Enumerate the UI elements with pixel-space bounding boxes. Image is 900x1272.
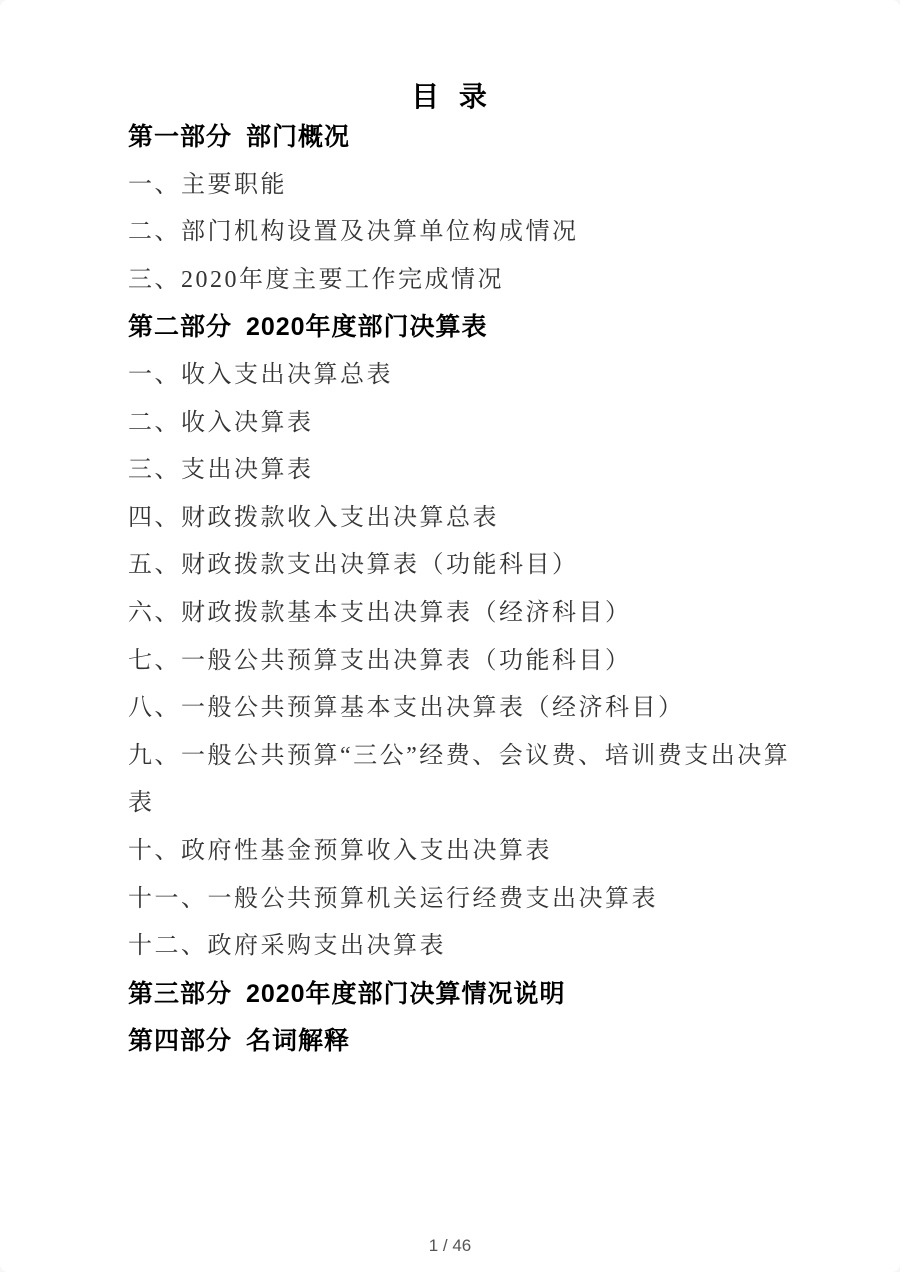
toc-item: 四、财政拨款收入支出决算总表 bbox=[128, 495, 815, 543]
toc-section-heading-3: 第三部分 2020年度部门决算情况说明 bbox=[128, 971, 815, 1019]
toc-section-heading-2: 第二部分 2020年度部门决算表 bbox=[128, 304, 815, 352]
toc-item: 八、一般公共预算基本支出决算表（经济科目） bbox=[128, 685, 815, 733]
toc-item: 十一、一般公共预算机关运行经费支出决算表 bbox=[128, 876, 815, 924]
toc-item: 一、主要职能 bbox=[128, 162, 815, 210]
page-title: 目 录 bbox=[0, 80, 900, 114]
toc-item: 十、政府性基金预算收入支出决算表 bbox=[128, 828, 815, 876]
toc-section-heading-1: 第一部分 部门概况 bbox=[128, 114, 815, 162]
toc-item: 三、2020年度主要工作完成情况 bbox=[128, 257, 815, 305]
toc-item: 七、一般公共预算支出决算表（功能科目） bbox=[128, 638, 815, 686]
page-number: 1 / 46 bbox=[0, 1236, 900, 1256]
table-of-contents: 第一部分 部门概况 一、主要职能 二、部门机构设置及决算单位构成情况 三、202… bbox=[128, 114, 815, 1066]
toc-item: 五、财政拨款支出决算表（功能科目） bbox=[128, 542, 815, 590]
toc-item: 一、收入支出决算总表 bbox=[128, 352, 815, 400]
toc-item: 六、财政拨款基本支出决算表（经济科目） bbox=[128, 590, 815, 638]
toc-item: 二、收入决算表 bbox=[128, 400, 815, 448]
toc-section-heading-4: 第四部分 名词解释 bbox=[128, 1018, 815, 1066]
document-page: 目 录 第一部分 部门概况 一、主要职能 二、部门机构设置及决算单位构成情况 三… bbox=[0, 0, 900, 1272]
toc-item: 十二、政府采购支出决算表 bbox=[128, 923, 815, 971]
toc-item: 三、支出决算表 bbox=[128, 447, 815, 495]
toc-item-wrapping: 九、一般公共预算“三公”经费、会议费、培训费支出决算表 bbox=[128, 733, 815, 828]
toc-item: 二、部门机构设置及决算单位构成情况 bbox=[128, 209, 815, 257]
